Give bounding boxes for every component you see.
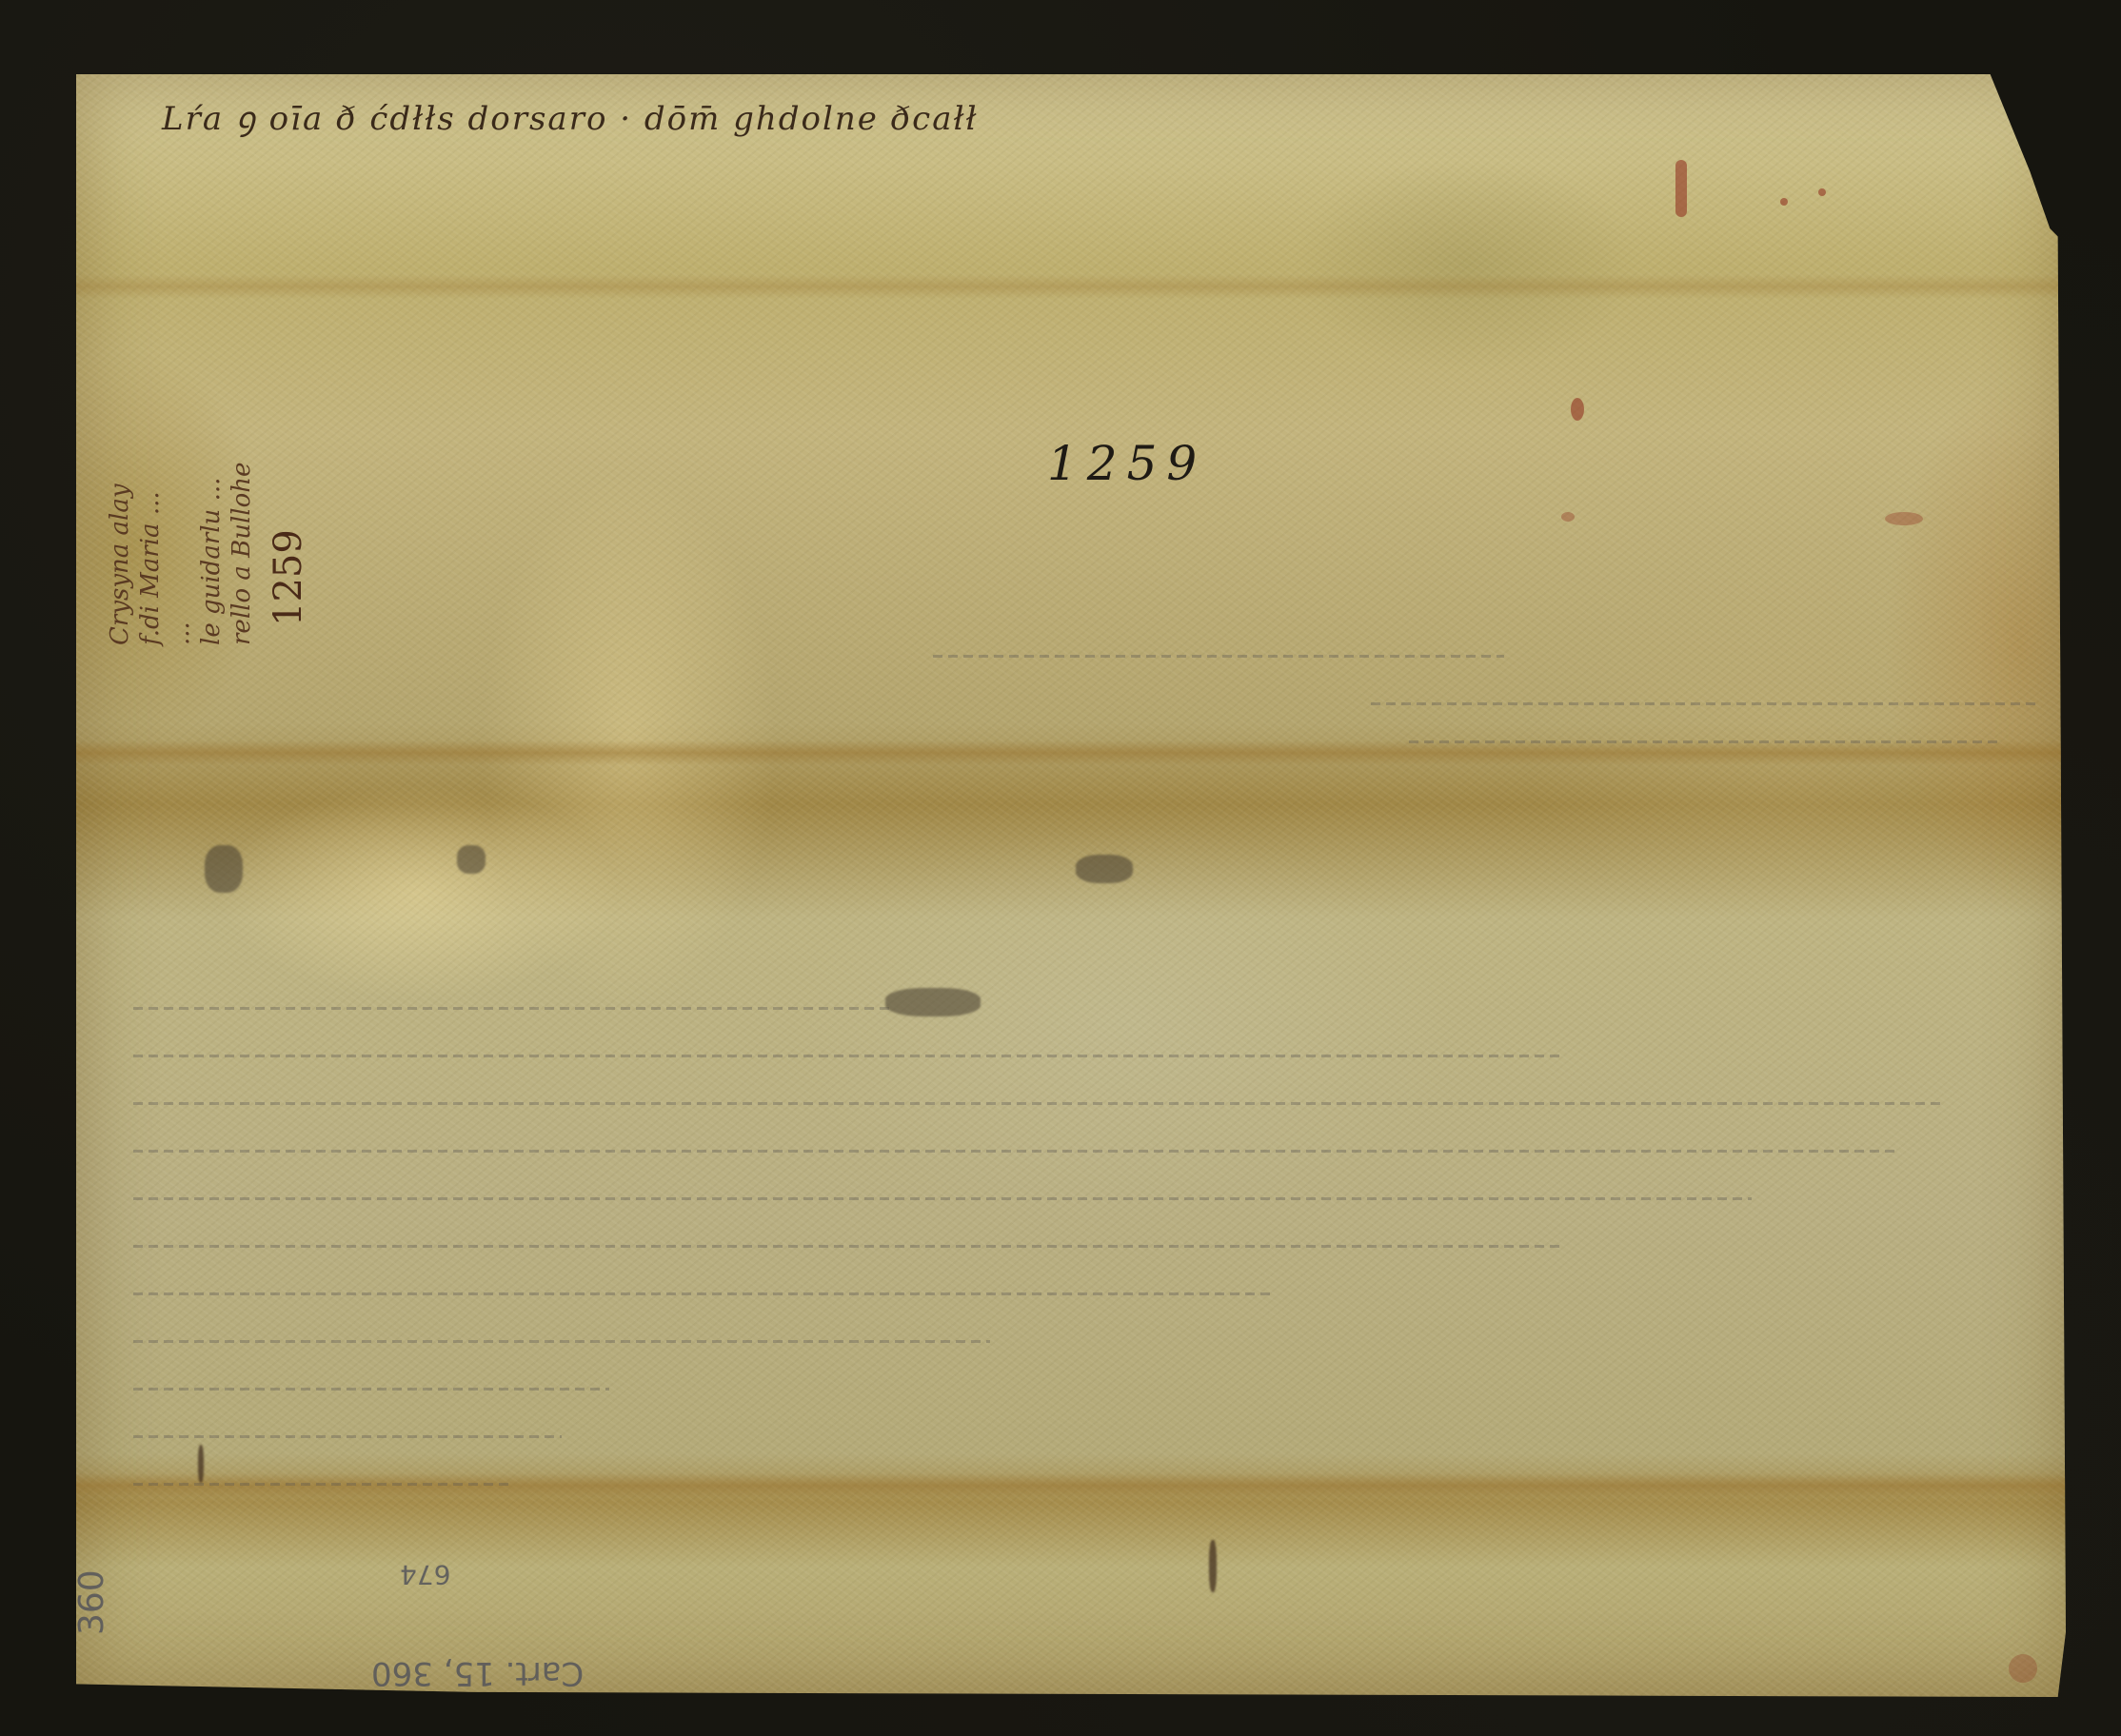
show-through-text-line xyxy=(1409,740,1999,743)
ink-mark xyxy=(198,1445,204,1483)
parchment-grain-texture xyxy=(76,74,2066,1697)
red-stain xyxy=(1675,160,1687,217)
ink-blot xyxy=(205,845,243,893)
parchment-sheet: Lŕa ꝯ oīa ð ćdłłs dorsaro · dōm̄ ghdolne… xyxy=(76,74,2066,1697)
left-marginal-note: Crysyna alay f.di Maria ... ... le guida… xyxy=(105,360,333,645)
red-stain xyxy=(2009,1654,2037,1683)
show-through-text-line xyxy=(133,1340,990,1343)
ink-blot xyxy=(457,845,486,874)
marginal-year: 1259 xyxy=(267,529,310,626)
ink-blot xyxy=(885,988,981,1016)
show-through-text-line xyxy=(1371,702,2037,705)
show-through-text-line xyxy=(133,1150,1894,1153)
show-through-text-line xyxy=(133,1245,1561,1248)
show-through-text-line xyxy=(133,1055,1561,1057)
fold-crease xyxy=(76,1473,2066,1498)
date-mark: 1259 xyxy=(1047,436,1206,491)
show-through-text-line xyxy=(133,1007,895,1010)
show-through-text-line xyxy=(133,1102,1942,1105)
bottom-left-number: 360 xyxy=(72,1569,111,1635)
marginal-line: ... xyxy=(166,360,196,645)
show-through-text-line xyxy=(133,1435,562,1438)
red-stain xyxy=(1780,198,1788,206)
marginal-line: le guidarlu ... xyxy=(196,360,227,645)
red-stain xyxy=(1561,512,1575,522)
archive-mark: Cart. 15, 360 xyxy=(371,1654,584,1692)
marginal-line: Crysyna alay xyxy=(105,360,135,645)
show-through-text-line xyxy=(933,655,1504,658)
top-endorsement: Lŕa ꝯ oīa ð ćdłłs dorsaro · dōm̄ ghdolne… xyxy=(162,95,979,139)
marginal-line: rello a Bullohe xyxy=(227,360,257,645)
show-through-text-line xyxy=(133,1292,1276,1295)
secondary-mark: 674 xyxy=(400,1559,450,1590)
fold-crease xyxy=(76,274,2066,299)
show-through-text-line xyxy=(133,1388,609,1391)
ink-mark xyxy=(1209,1540,1217,1592)
ink-blot xyxy=(1076,855,1133,883)
red-stain xyxy=(1885,512,1923,525)
fold-crease xyxy=(76,740,2066,765)
red-stain xyxy=(1818,188,1826,196)
show-through-text-line xyxy=(133,1197,1752,1200)
show-through-text-line xyxy=(133,1483,514,1486)
red-stain xyxy=(1571,398,1584,421)
marginal-line: f.di Maria ... xyxy=(135,360,166,645)
